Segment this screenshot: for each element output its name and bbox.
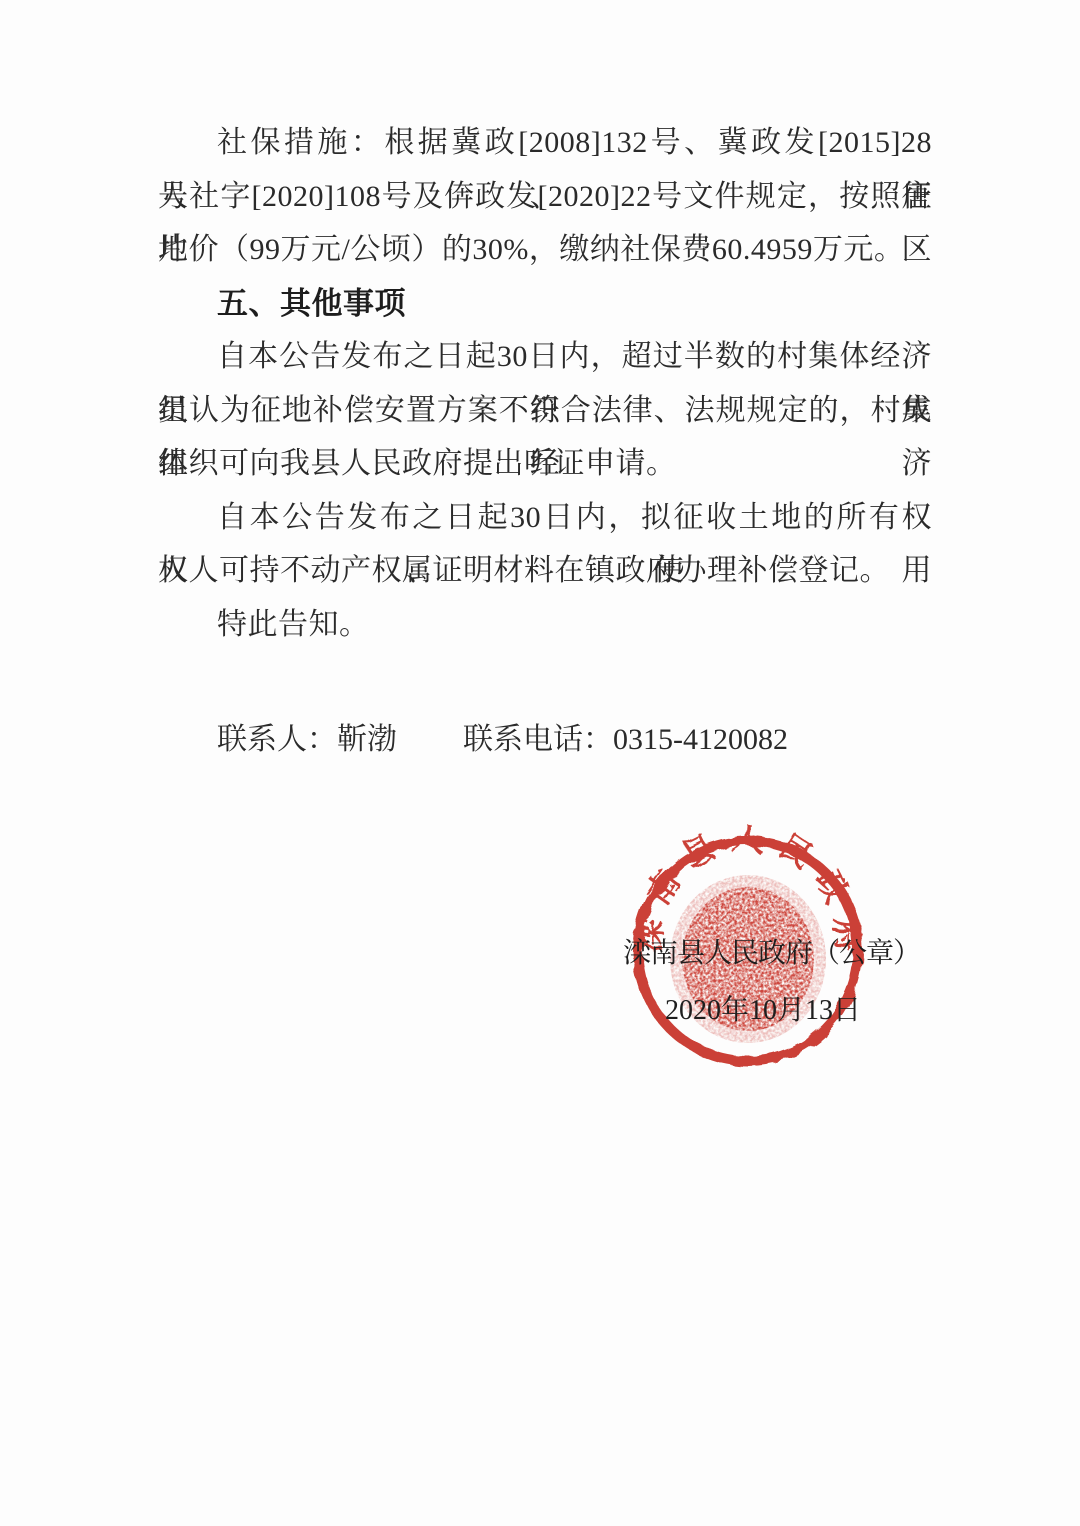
scanned-notice-page: 社保措施：根据冀政[2008]132号、冀政发[2015]28号、唐 人社字[2…: [0, 0, 1080, 1526]
doc-line: 自本公告发布之日起30日内，超过半数的村集体经济组织成: [158, 330, 932, 384]
signature-issuer: 滦南县人民政府（公章）: [623, 936, 920, 972]
contact-line: 联系人：靳渤联系电话：0315-4120082: [158, 713, 932, 767]
doc-line: 自本公告发布之日起30日内，拟征收土地的所有权人、使用: [158, 491, 932, 545]
signature-date: 2020年10月13日: [665, 993, 861, 1029]
doc-line: 员认为征地补偿安置方案不符合法律、法规规定的，村集体经济: [158, 384, 932, 438]
doc-line: 权人可持不动产权属证明材料在镇政府办理补偿登记。: [158, 544, 932, 598]
document-body: 社保措施：根据冀政[2008]132号、冀政发[2015]28号、唐 人社字[2…: [158, 116, 932, 767]
contact-person-name: 靳渤: [337, 723, 397, 756]
doc-line: 片价（99万元/公顷）的30%，缴纳社保费60.4959万元。: [158, 223, 932, 277]
section-heading: 五、其他事项: [158, 277, 932, 331]
contact-phone-number: 0315-4120082: [613, 723, 788, 756]
doc-line: 特此告知。: [158, 598, 932, 652]
doc-line: 人社字[2020]108号及倴政发[2020]22号文件规定，按照征地区: [158, 170, 932, 224]
doc-line: 社保措施：根据冀政[2008]132号、冀政发[2015]28号、唐: [158, 116, 932, 170]
contact-person-label: 联系人：: [217, 723, 337, 756]
contact-phone-label: 联系电话：: [463, 723, 613, 756]
